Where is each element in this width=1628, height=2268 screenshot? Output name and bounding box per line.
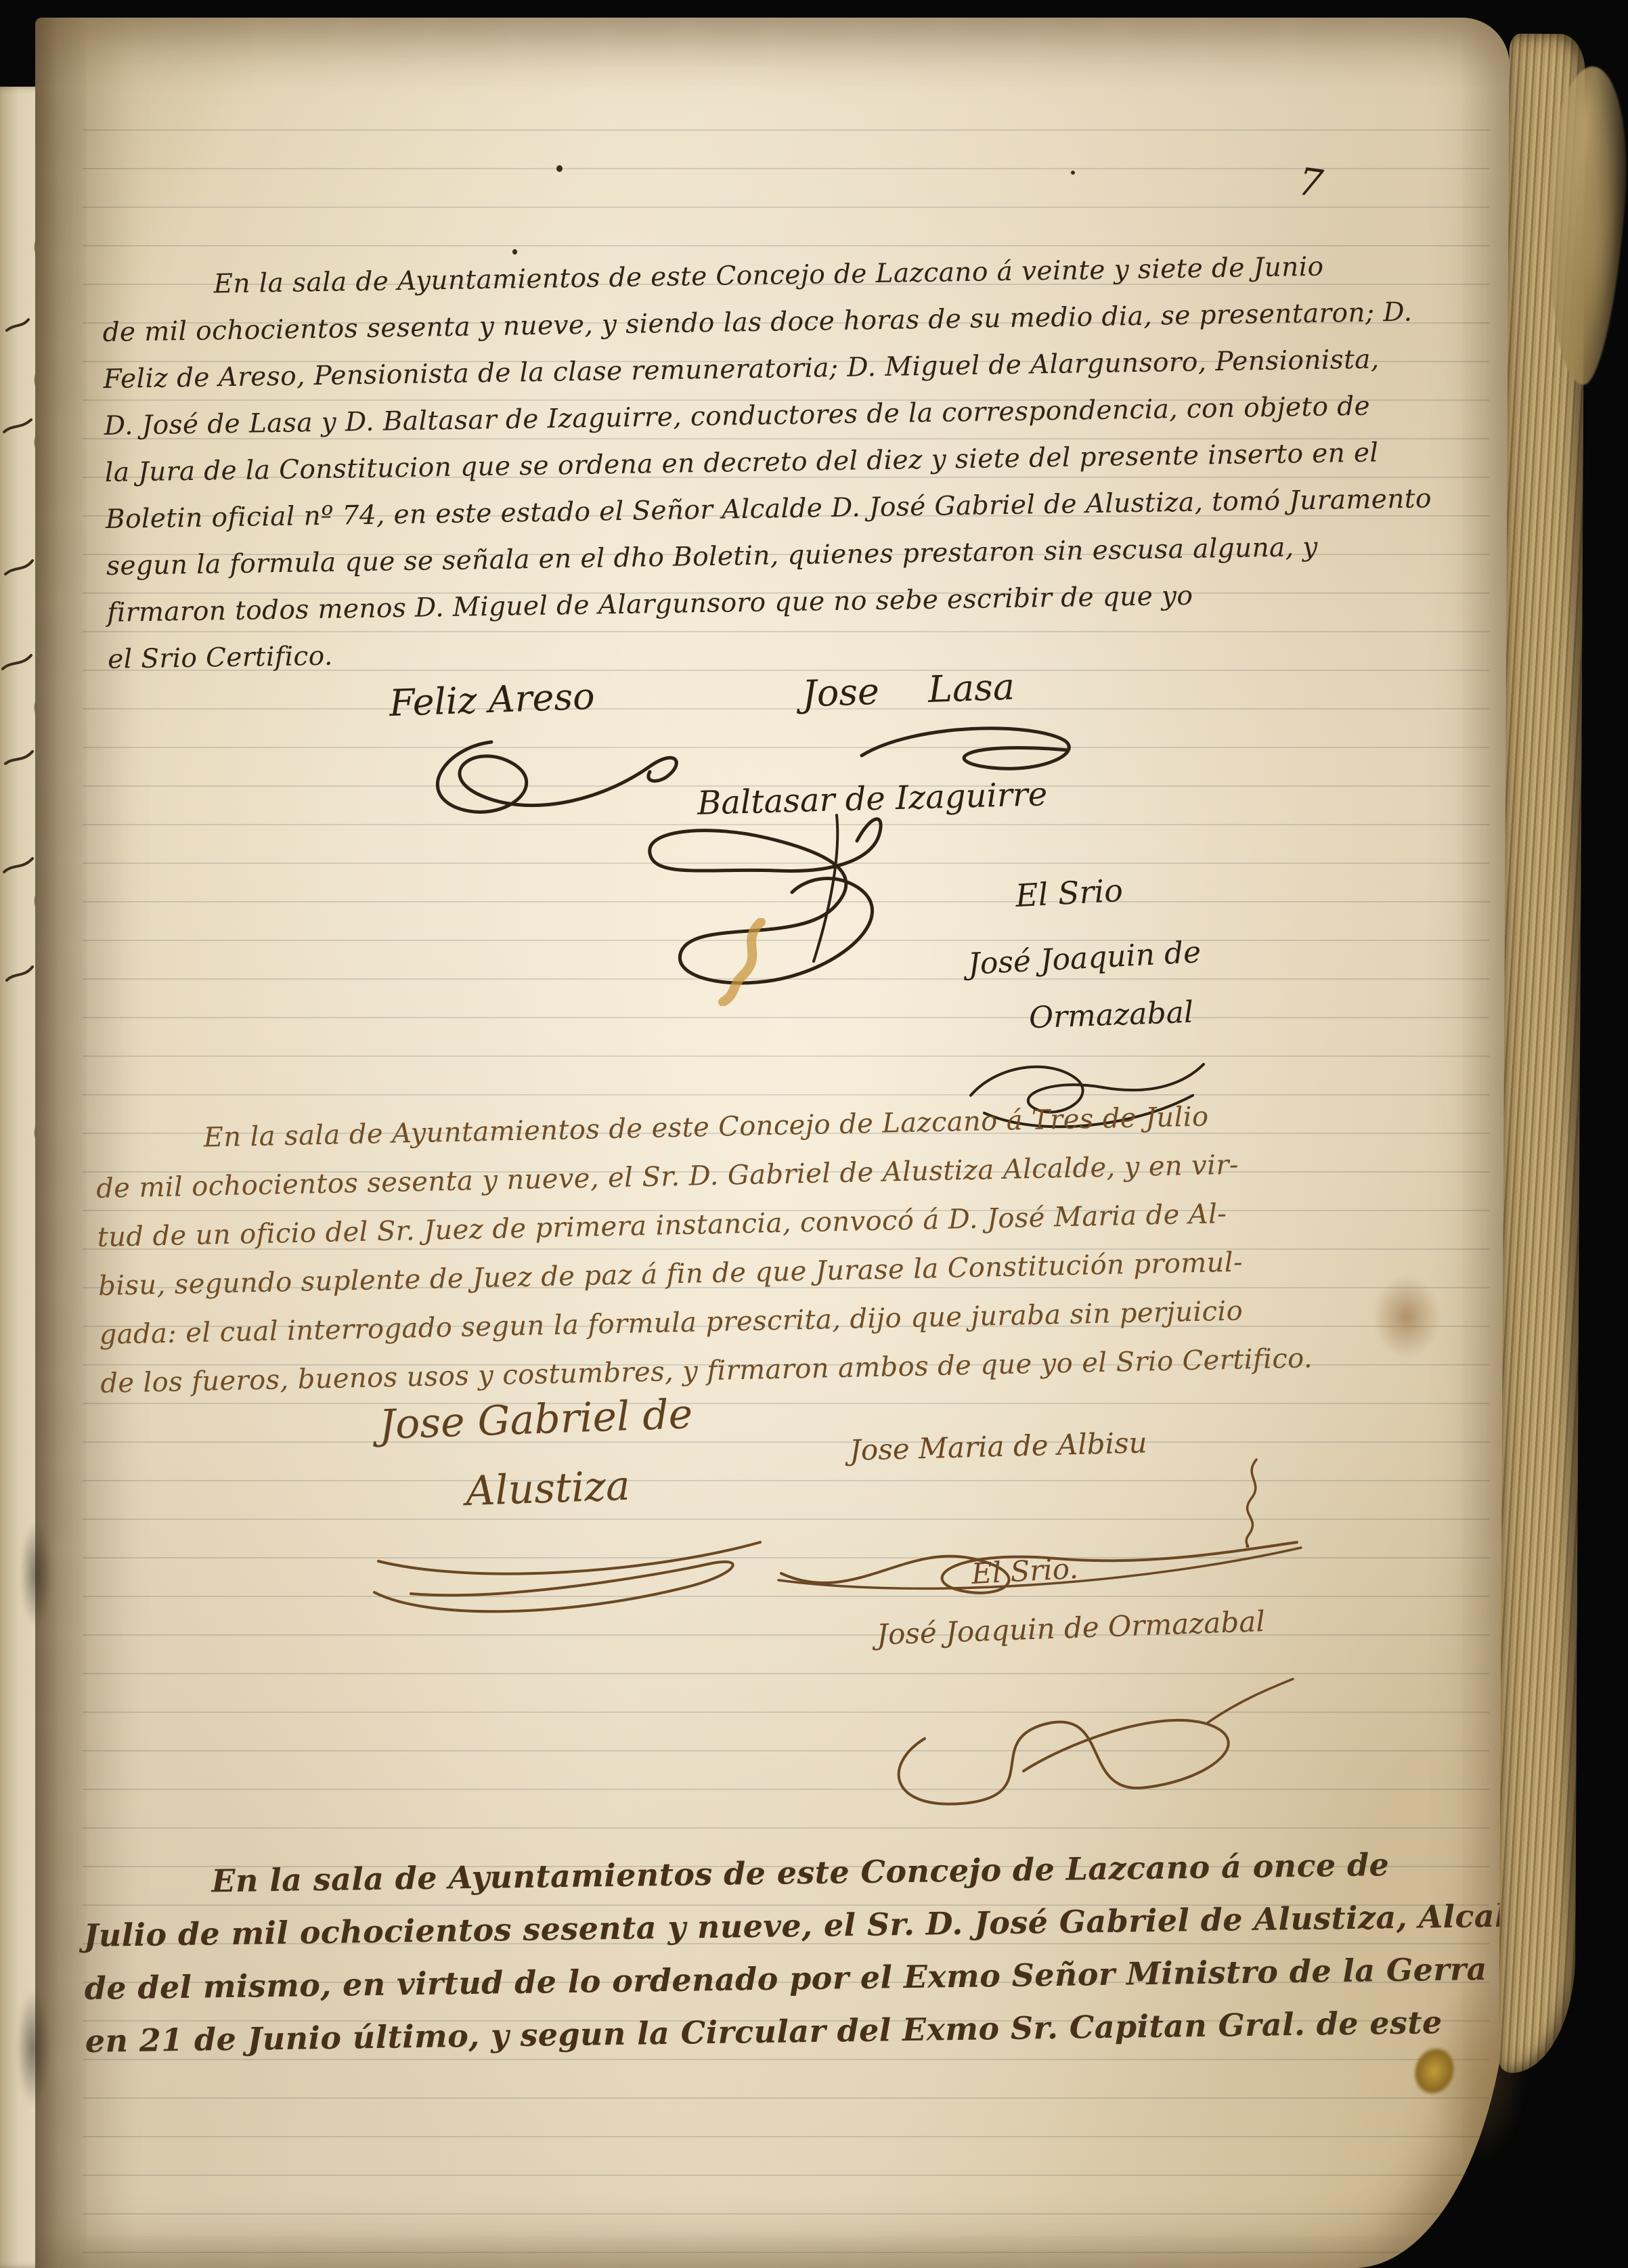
acta-entry-3: En la sala de Ayuntamientos de este Conc… bbox=[83, 1836, 1527, 2068]
acta-entry-2: En la sala de Ayuntamientos de este Conc… bbox=[95, 1087, 1502, 1408]
signature-jose-gabriel-line2: Alustiza bbox=[465, 1462, 631, 1515]
ink-spot bbox=[556, 165, 563, 172]
gutter-text-fragments bbox=[1, 290, 35, 1170]
ink-spot bbox=[512, 249, 517, 255]
rubric-flourish-ormazabal-2 bbox=[860, 1660, 1300, 1829]
acta-entry-1: En la sala de Ayuntamientos de este Conc… bbox=[102, 241, 1489, 683]
rubric-flourish-izaguirre bbox=[630, 811, 1022, 1014]
yellow-stain-squiggle bbox=[712, 918, 773, 1006]
ink-spot bbox=[1071, 171, 1075, 175]
secretary-name-1-line2: Ormazabal bbox=[1028, 995, 1194, 1035]
signature-jose-lasa: Jose Lasa bbox=[801, 666, 1015, 716]
ink-smudge bbox=[11, 1970, 56, 2126]
secretary-title-1: El Srio bbox=[1015, 872, 1124, 914]
signature-feliz-areso: Feliz Areso bbox=[389, 675, 596, 725]
secretary-title-2: El Srio. bbox=[971, 1552, 1079, 1590]
ink-smudge bbox=[15, 1503, 57, 1645]
rubric-underline-alustiza bbox=[369, 1531, 768, 1626]
